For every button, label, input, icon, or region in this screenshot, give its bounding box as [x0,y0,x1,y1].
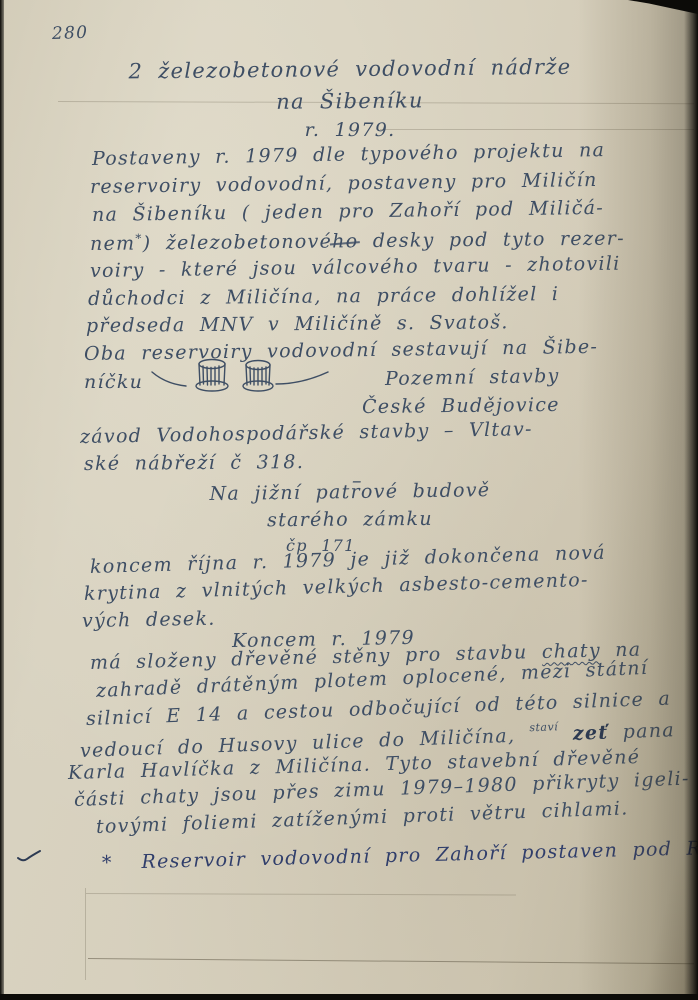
word: pana [608,719,675,743]
word: ) železobetonové [143,230,333,254]
section2-line: vých desek. [82,608,216,632]
footnote: * Reservoir vodovodní pro Zahoří postave… [102,835,698,874]
struck-out-letters: ho [332,230,359,252]
para1-line: na Šibeníku ( jeden pro Zahoří pod Milič… [92,197,604,226]
footnote-asterisk: * [102,852,113,874]
pencil-frame-top [86,893,516,896]
margin-checkmark-icon [16,848,42,864]
pencil-frame-left [85,888,86,980]
para1-line: Postaveny r. 1979 dle typového projektu … [92,139,606,170]
water-tanks-sketch-icon [150,352,330,404]
asterisk-superscript: * [135,231,142,245]
pencil-frame-bottom [88,958,694,964]
word: desky pod tyto rezer- [358,227,625,252]
section2-heading-2: starého zámku [70,506,630,533]
chronicle-page: 280 2 železobetonové vodovodní nádrže na… [0,0,698,1000]
title-line-2: na Šibeníku [70,86,630,116]
builder-line: závod Vodohospodářské stavby – Vltav- [80,418,533,448]
builder-line: ské nábřeží č 318. [84,451,304,475]
para1-line: voiry - které jsou válcového tvaru - zho… [90,253,621,282]
para1-line: reservoiry vodovodní, postaveny pro Mili… [90,169,598,198]
builder-line: České Budějovice [362,394,560,418]
inserted-word: staví [529,720,558,734]
photo-edge-right [684,0,698,1000]
para1-line: předseda MNV v Miličíně s. Svatoš. [86,311,509,337]
page-number: 280 [52,23,89,44]
photo-edge-left [0,0,4,1000]
photo-edge-bottom [0,994,698,1000]
builder-line: Pozemní stavby [385,365,560,390]
para1-line: nem*) železobetonového desky pod tyto re… [90,226,625,255]
overwritten-word: zeť [572,722,608,745]
title-line-1: 2 železobetonové vodovodní nádrže [70,54,630,84]
footnote-text: Reservoir vodovodní pro Zahoří postaven … [141,835,698,873]
section2-heading-1: Na jižní patrové budově [70,477,630,507]
para1-line: důchodci z Miličína, na práce dohlížel i [88,283,559,310]
title-line-3: r. 1979. [70,119,630,141]
para1-line: níčku [84,371,143,393]
word: nem [90,233,136,255]
